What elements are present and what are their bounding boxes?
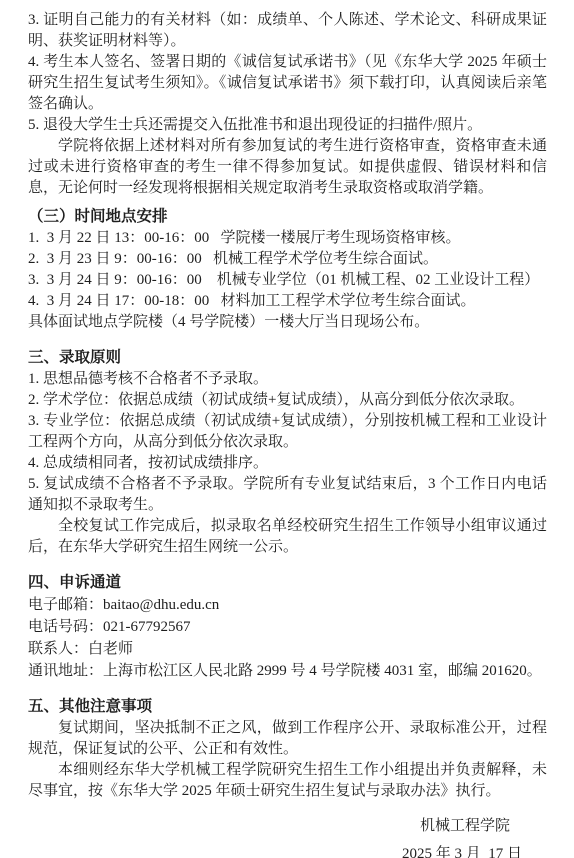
section-heading-appeal: 四、申诉通道 [28, 572, 547, 594]
paragraph-fairness: 复试期间，坚决抵制不正之风，做到工作程序公开、录取标准公开，过程规范，保证复试的… [28, 718, 547, 760]
paragraph-interpretation: 本细则经东华大学机械工程学院研究生招生工作小组提出并负责解释，未尽事宜，按《东华… [28, 760, 547, 802]
contact-person-line: 联系人：白老师 [28, 638, 547, 660]
contact-phone-line: 电话号码：021-67792567 [28, 616, 547, 638]
schedule-item-4: 4. 3 月 24 日 17：00-18：00 材料加工工程学术学位考生综合面试… [28, 291, 547, 312]
schedule-item-2: 2. 3 月 23 日 9：00-16：00 机械工程学术学位考生综合面试。 [28, 249, 547, 270]
section-heading-admission: 三、录取原则 [28, 347, 547, 369]
contact-address-line: 通讯地址：上海市松江区人民北路 2999 号 4 号学院楼 4031 室，邮编 … [28, 660, 547, 682]
list-item-veteran: 5. 退役大学生士兵还需提交入伍批准书和退出现役证的扫描件/照片。 [28, 115, 547, 136]
admission-item-5: 5. 复试成绩不合格者不予录取。学院所有专业复试结束后，3 个工作日内电话通知拟… [28, 474, 547, 516]
admission-item-1: 1. 思想品德考核不合格者不予录取。 [28, 369, 547, 390]
schedule-item-3: 3. 3 月 24 日 9：00-16：00 机械专业学位（01 机械工程、02… [28, 270, 547, 291]
admission-item-2: 2. 学术学位：依据总成绩（初试成绩+复试成绩），从高分到低分依次录取。 [28, 390, 547, 411]
document-page: 3. 证明自己能力的有关材料（如：成绩单、个人陈述、学术论文、科研成果证明、获奖… [0, 0, 574, 858]
signature: 机械工程学院 [28, 816, 547, 837]
schedule-item-1: 1. 3 月 22 日 13：00-16：00 学院楼一楼展厅考生现场资格审核。 [28, 228, 547, 249]
paragraph-qualification: 学院将依据上述材料对所有参加复试的考生进行资格审查，资格审查未通过或未进行资格审… [28, 136, 547, 199]
list-item-commitment: 4. 考生本人签名、签署日期的《诚信复试承诺书》（见《东华大学 2025 年硕士… [28, 52, 547, 115]
contact-email-line: 电子邮箱：baitao@dhu.edu.cn [28, 594, 547, 616]
admission-item-3: 3. 专业学位：依据总成绩（初试成绩+复试成绩），分别按机械工程和工业设计工程两… [28, 411, 547, 453]
section-heading-other-notes: 五、其他注意事项 [28, 696, 547, 718]
paragraph-publicity: 全校复试工作完成后，拟录取名单经校研究生招生工作领导小组审议通过后，在东华大学研… [28, 516, 547, 558]
subsection-heading-schedule: （三）时间地点安排 [28, 206, 547, 228]
admission-item-4: 4. 总成绩相同者，按初试成绩排序。 [28, 453, 547, 474]
paragraph-venue-note: 具体面试地点学院楼（4 号学院楼）一楼大厅当日现场公布。 [28, 312, 547, 333]
list-item-materials: 3. 证明自己能力的有关材料（如：成绩单、个人陈述、学术论文、科研成果证明、获奖… [28, 10, 547, 52]
signature-date: 2025 年 3 月 17 日 [28, 844, 547, 858]
